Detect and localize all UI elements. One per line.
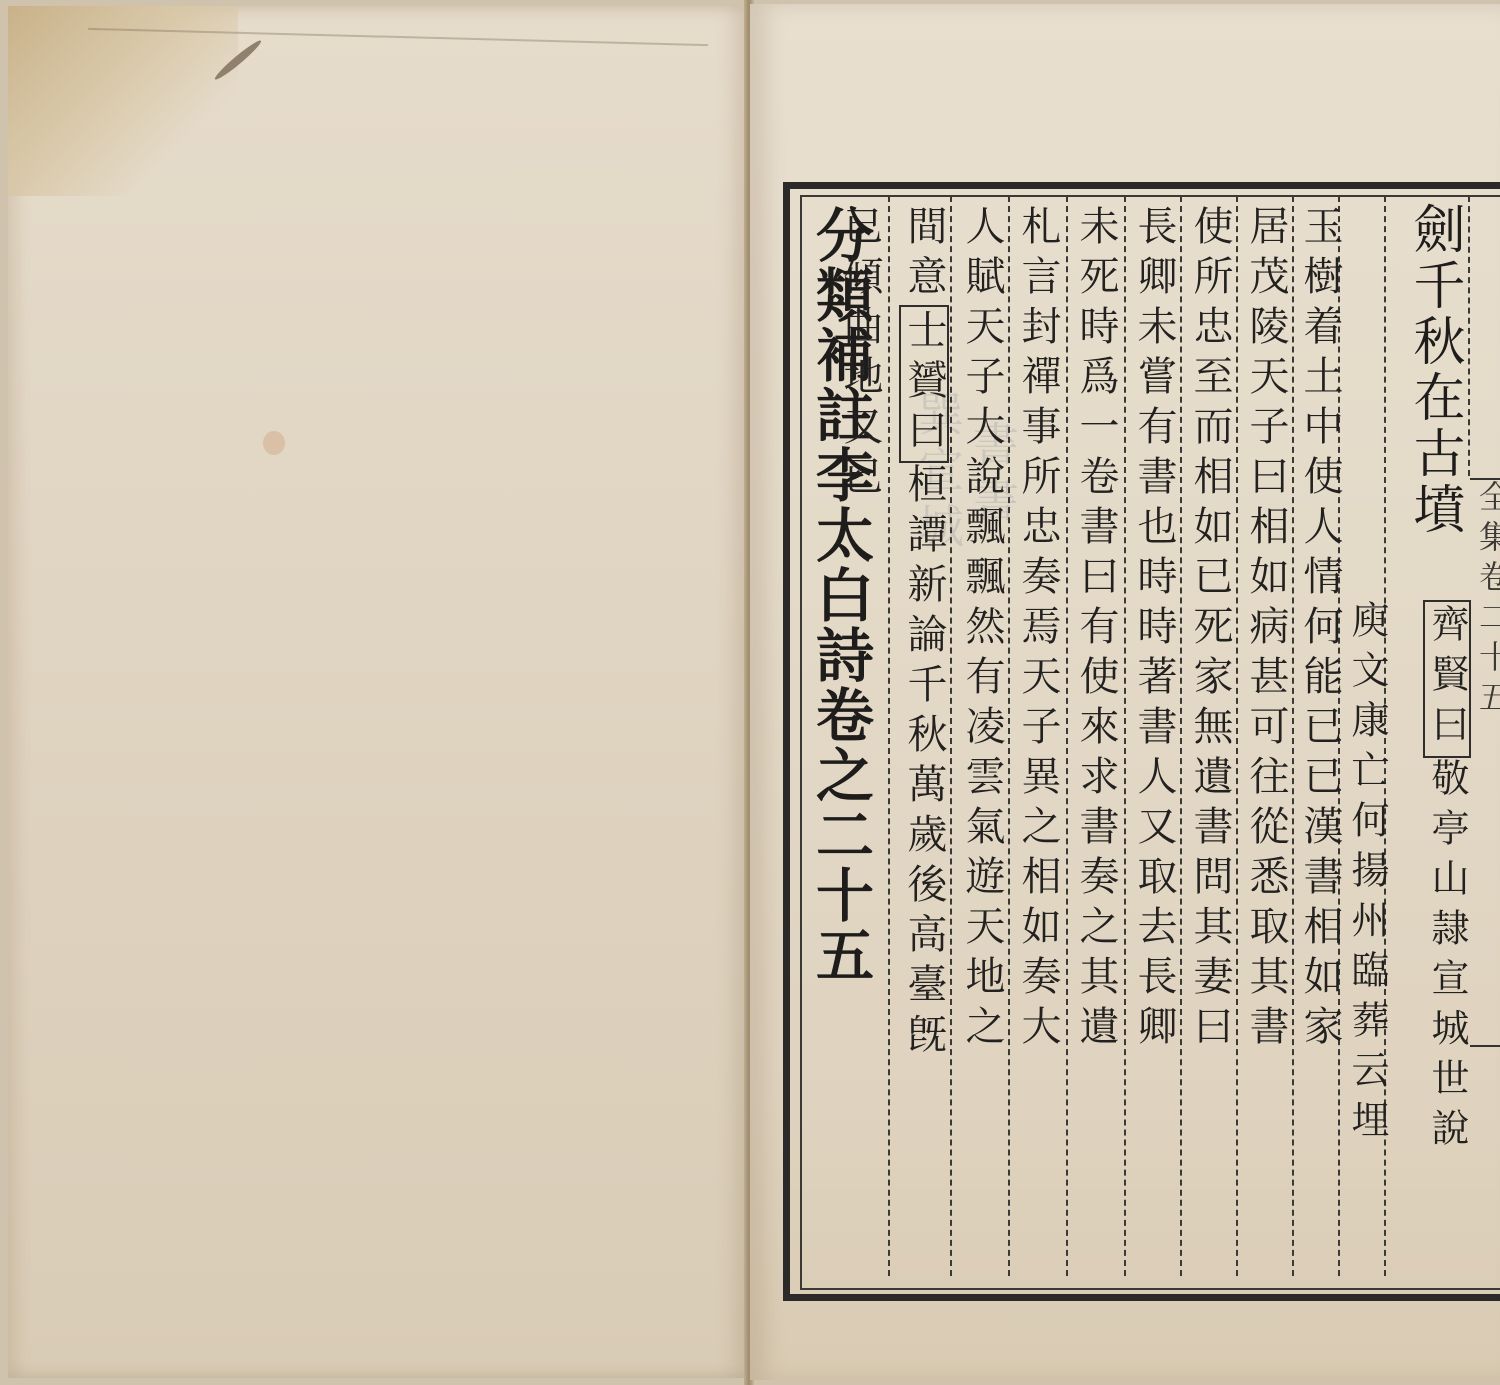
next-page-bracket bbox=[1470, 1045, 1500, 1047]
column-rule bbox=[1468, 196, 1470, 476]
next-page-edge-text: 全集卷二十五 bbox=[1470, 480, 1500, 900]
text-column-1: 玉樹着土中使人情何能已已漢書相如家 bbox=[1294, 205, 1346, 1055]
text-column-6: 札言封禪事所忠奏焉天子異之相如奏大 bbox=[1012, 205, 1064, 1055]
text-column-9: 已傾曲地又已 bbox=[840, 205, 886, 505]
annotation-right: 齊賢曰敬亭山隷宣城世說 bbox=[1424, 600, 1470, 1158]
column-rule bbox=[1180, 196, 1182, 1276]
annotation-text: 敬亭山隷宣城世說 bbox=[1425, 758, 1469, 1158]
column-rule bbox=[1236, 196, 1238, 1276]
column-rule bbox=[888, 196, 890, 1276]
text-segment: 間意 bbox=[901, 205, 947, 305]
text-column-7: 人賦天子大說飄飄然有凌雲氣遊天地之 bbox=[956, 205, 1008, 1055]
frame-rule-bottom bbox=[800, 1288, 1500, 1290]
text-column-2: 居茂陵天子曰相如病甚可往從悉取其書 bbox=[1240, 205, 1292, 1055]
text-column-4: 長卿未嘗有書也時時著書人又取去長卿 bbox=[1128, 205, 1180, 1055]
poem-line-headline: 劍千秋在古墳 bbox=[1398, 202, 1468, 538]
book-spread: 巽宣城 書書 分類補註李太白詩卷之二十五 劍千秋在古墳 齊賢曰敬亭山隷宣城世說 … bbox=[0, 0, 1500, 1385]
column-rule bbox=[1008, 196, 1010, 1276]
commentator-label: 士贇曰 bbox=[899, 305, 949, 463]
column-rule bbox=[950, 196, 952, 1276]
paper-stain bbox=[263, 431, 285, 455]
frame-rule-top bbox=[800, 195, 1500, 197]
text-column-3: 使所忠至而相如已死家無遺書問其妻曰 bbox=[1184, 205, 1236, 1055]
annotation-left: 庾文康亡何揚州臨葬云埋 bbox=[1344, 600, 1390, 1150]
torn-corner bbox=[8, 6, 238, 196]
commentator-label: 齊賢曰 bbox=[1423, 600, 1471, 758]
text-column-5: 未死時爲一卷書曰有使來求書奏之其遺 bbox=[1070, 205, 1122, 1055]
next-page-peek: 全集卷二十五 bbox=[1470, 480, 1500, 720]
left-page-blank bbox=[8, 6, 748, 1378]
column-rule bbox=[1124, 196, 1126, 1276]
text-segment: 桓譚新論千秋萬歲後高臺旣 bbox=[901, 463, 947, 1063]
text-column-8: 間意士贇曰桓譚新論千秋萬歲後高臺旣 bbox=[898, 205, 950, 1063]
column-rule bbox=[1066, 196, 1068, 1276]
